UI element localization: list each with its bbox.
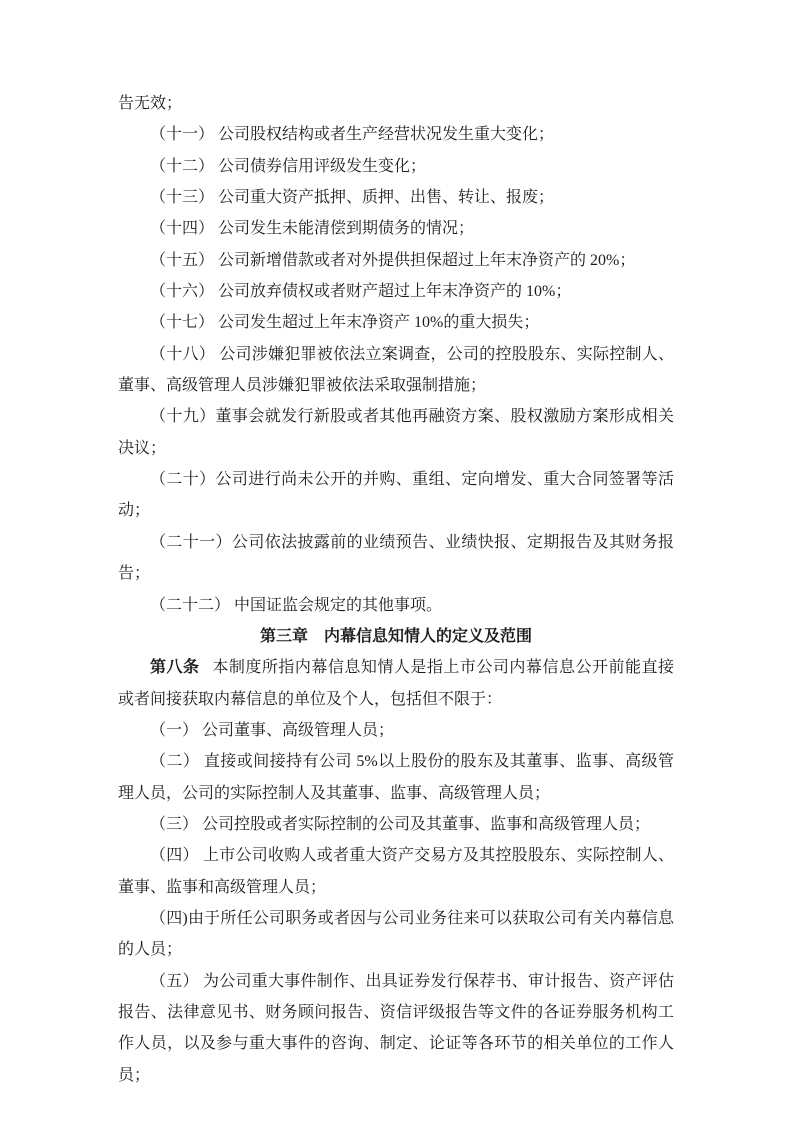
document-page: 告无效； （十一） 公司股权结构或者生产经营状况发生重大变化； （十二） 公司债… xyxy=(0,0,793,1122)
list-item-13: （十三） 公司重大资产抵押、质押、出售、转让、报废； xyxy=(118,182,674,213)
list-item-11: （十一） 公司股权结构或者生产经营状况发生重大变化； xyxy=(118,119,674,150)
list-item-19: （十九）董事会就发行新股或者其他再融资方案、股权激励方案形成相关决议； xyxy=(118,401,674,464)
list-item-22: （二十二） 中国证监会规定的其他事项。 xyxy=(118,590,674,621)
chapter-heading: 第三章 内幕信息知情人的定义及范围 xyxy=(118,621,674,652)
continuation-paragraph: 告无效； xyxy=(118,88,674,119)
article-8-text: 本制度所指内幕信息知情人是指上市公司内幕信息公开前能直接或者间接获取内幕信息的单… xyxy=(118,659,674,707)
list-item-12: （十二） 公司债券信用评级发生变化； xyxy=(118,151,674,182)
sub-item-1: （一） 公司董事、高级管理人员； xyxy=(118,715,674,746)
sub-item-4b: （四)由于所任公司职务或者因与公司业务往来可以获取公司有关内幕信息的人员； xyxy=(118,903,674,966)
sub-item-5: （五） 为公司重大事件制作、出具证券发行保荐书、审计报告、资产评估报告、法律意见… xyxy=(118,966,674,1091)
list-item-17: （十七） 公司发生超过上年末净资产 10%的重大损失； xyxy=(118,307,674,338)
sub-item-3: （三） 公司控股或者实际控制的公司及其董事、监事和高级管理人员； xyxy=(118,809,674,840)
list-item-16: （十六） 公司放弃债权或者财产超过上年末净资产的 10%； xyxy=(118,276,674,307)
sub-item-4: （四） 上市公司收购人或者重大资产交易方及其控股股东、实际控制人、董事、监事和高… xyxy=(118,840,674,903)
sub-item-2: （二） 直接或间接持有公司 5%以上股份的股东及其董事、监事、高级管理人员，公司… xyxy=(118,746,674,809)
list-item-14: （十四） 公司发生未能清偿到期债务的情况； xyxy=(118,213,674,244)
list-item-15: （十五） 公司新增借款或者对外提供担保超过上年末净资产的 20%； xyxy=(118,245,674,276)
list-item-18: （十八） 公司涉嫌犯罪被依法立案调查，公司的控股股东、实际控制人、董事、高级管理… xyxy=(118,339,674,402)
article-8-paragraph: 第八条本制度所指内幕信息知情人是指上市公司内幕信息公开前能直接或者间接获取内幕信… xyxy=(118,652,674,715)
list-item-21: （二十一）公司依法披露前的业绩预告、业绩快报、定期报告及其财务报告； xyxy=(118,527,674,590)
article-8-label: 第八条 xyxy=(150,659,200,676)
list-item-20: （二十）公司进行尚未公开的并购、重组、定向增发、重大合同签署等活动； xyxy=(118,464,674,527)
